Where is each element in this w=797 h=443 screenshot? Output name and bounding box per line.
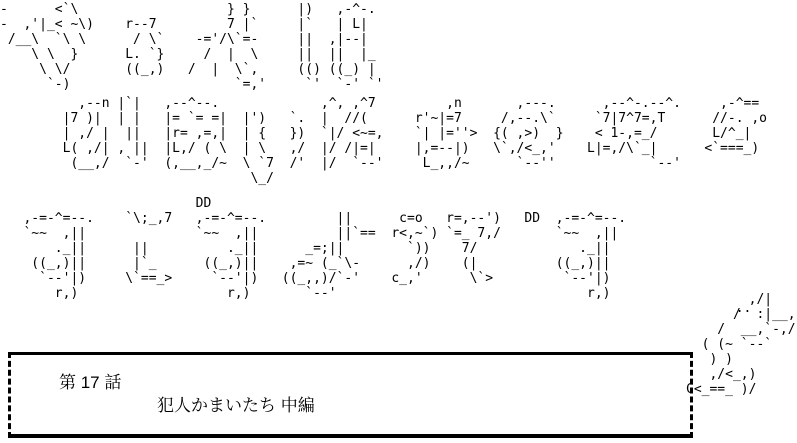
aa-title-line3-sugosu-you-desu: DD ,-=-^=--. `\;_,7 ,-=-^=--. || c=o r=,…	[0, 196, 751, 316]
episode-title-label: 犯人かまいたち 中編	[157, 391, 315, 416]
kamaitachi-sickle-claw-aa: ,/| / :|__, / __,`-,/ ( (~ `--` ) ) ,/<_…	[686, 292, 796, 397]
episode-number-label: 第 17 話	[59, 368, 121, 393]
episode-title-box: 第 17 話 犯人かまいたち 中編	[8, 352, 693, 438]
aa-title-line2-kamaitachi-no-yoru-wo: ,--n |`| ,--^--. ,^, ,^7 ,n ,---. ,--^-.…	[0, 96, 767, 186]
aa-page: - <`\ } } |) ,-^-. - ,'|_< ~\) r--7 7 |`…	[0, 0, 797, 443]
aa-title-line1-yaruo-wa: - <`\ } } |) ,-^-. - ,'|_< ~\) r--7 7 |`…	[0, 2, 384, 92]
